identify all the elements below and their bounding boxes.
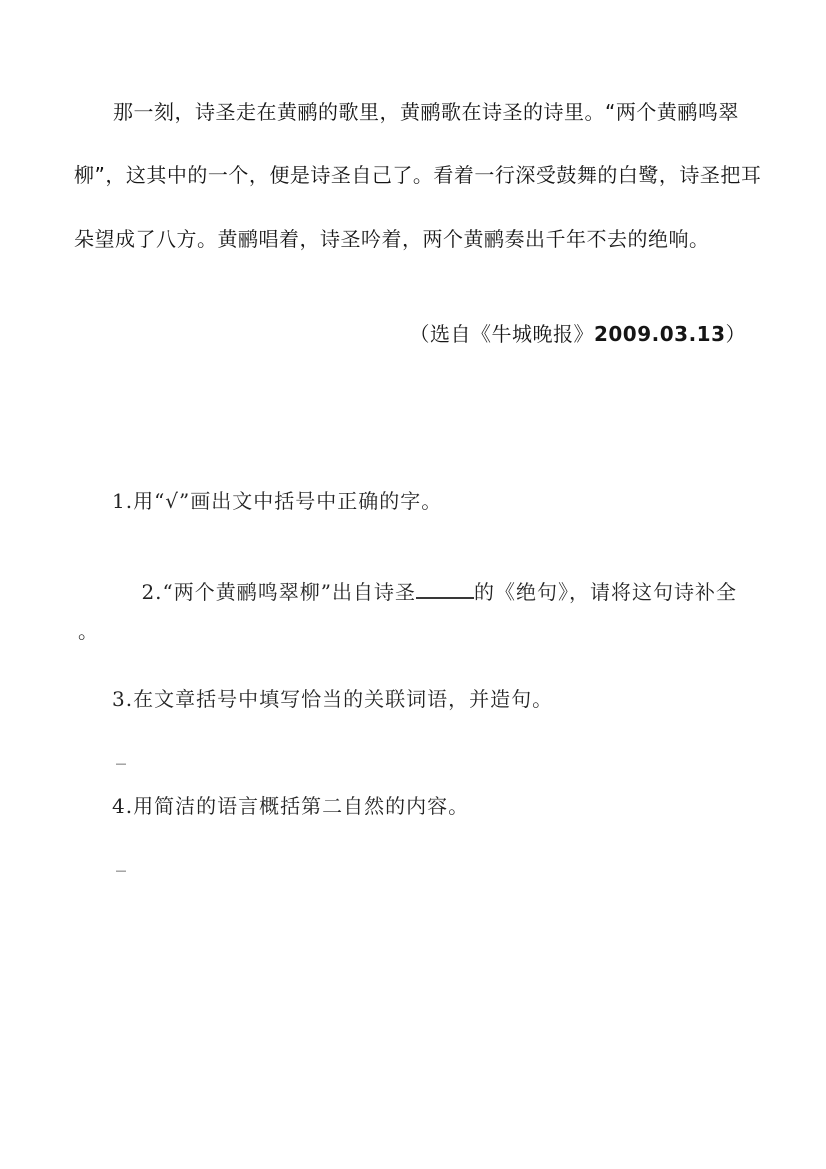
source-citation: （选自《牛城晚报》2009.03.13） (382, 295, 746, 373)
answer-blank-start-dash-2: _ (116, 850, 126, 870)
question-3: 3.在文章括号中填写恰当的关联词语，并造句。 (112, 686, 553, 712)
article-line-2: 柳”，这其中的一个，便是诗圣自己了。看着一行深受鼓舞的白鹭，诗圣把耳 (74, 162, 761, 188)
answer-blank-underline (416, 582, 474, 599)
article-line-1: 那一刻，诗圣走在黄鹂的歌里，黄鹂歌在诗圣的诗里。“两个黄鹂鸣翠 (113, 99, 739, 125)
answer-blank-start-dash-1: _ (116, 743, 126, 763)
question-2-pre: 2.“两个黄鹂鸣翠柳”出自诗圣 (141, 580, 416, 604)
citation-date: 2009.03.13 (594, 322, 726, 346)
citation-suffix: ） (726, 322, 747, 346)
question-2: 2.“两个黄鹂鸣翠柳”出自诗圣的《绝句》，请将这句诗补全 (112, 553, 737, 631)
article-line-3: 朵望成了八方。黄鹂唱着，诗圣吟着，两个黄鹂奏出千年不去的绝响。 (74, 226, 710, 252)
question-2-continuation: 。 (78, 618, 99, 644)
question-2-post: 的《绝句》，请将这句诗补全 (474, 580, 737, 604)
document-page: 那一刻，诗圣走在黄鹂的歌里，黄鹂歌在诗圣的诗里。“两个黄鹂鸣翠 柳”，这其中的一… (0, 0, 826, 1169)
question-1: 1.用“√”画出文中括号中正确的字。 (112, 488, 442, 514)
question-4: 4.用简洁的语言概括第二自然的内容。 (112, 793, 469, 819)
citation-prefix: （选自《牛城晚报》 (409, 322, 594, 346)
